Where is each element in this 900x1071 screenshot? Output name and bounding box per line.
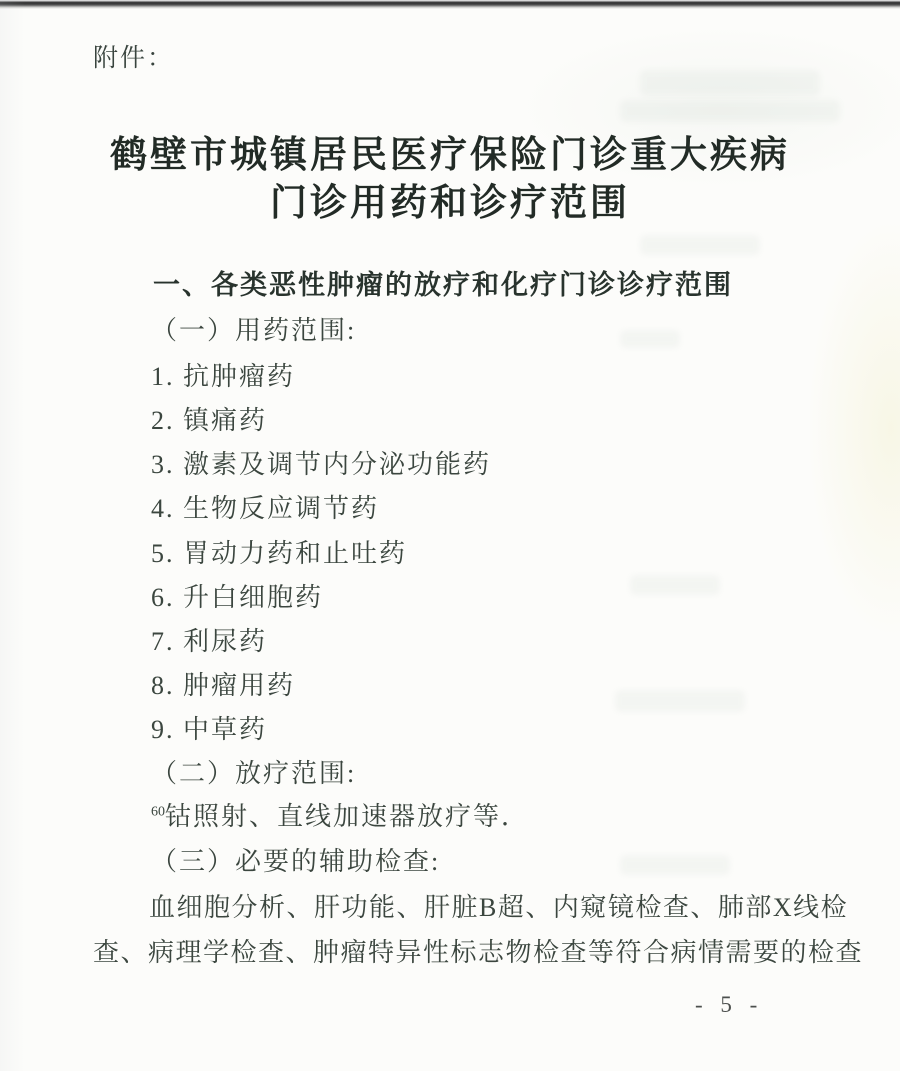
- subsection-1-heading: （一）用药范围:: [151, 314, 356, 348]
- subsection-3-body-line2: 查、病理学检查、肿瘤特异性标志物检查等符合病情需要的检查: [93, 936, 863, 970]
- drug-list-item: 7. 利尿药: [151, 625, 267, 659]
- drug-list-item: 8. 肿瘤用药: [151, 669, 295, 703]
- drug-list-item: 2. 镇痛药: [151, 404, 267, 438]
- section-heading: 一、各类恶性肿瘤的放疗和化疗门诊诊疗范围: [153, 268, 733, 302]
- drug-list-item: 5. 胃动力药和止吐药: [151, 537, 407, 571]
- drug-list-item: 6. 升白细胞药: [151, 581, 323, 615]
- drug-list-item: 1. 抗肿瘤药: [151, 360, 295, 394]
- bleed-through-artifact: [640, 70, 820, 96]
- drug-list-item: 4. 生物反应调节药: [151, 492, 379, 526]
- bleed-through-artifact: [620, 100, 840, 122]
- bleed-through-artifact: [640, 235, 760, 255]
- subsection-2-heading: （二）放疗范围:: [151, 757, 356, 791]
- scanned-document-page: 附件： 鹤壁市城镇居民医疗保险门诊重大疾病 门诊用药和诊疗范围 一、各类恶性肿瘤…: [0, 0, 900, 1071]
- scanner-edge-artifact: [0, 0, 900, 9]
- document-title-line2: 门诊用药和诊疗范围: [0, 172, 900, 226]
- attachment-label: 附件：: [93, 42, 174, 76]
- bleed-through-artifact: [630, 575, 720, 595]
- document-title-line1: 鹤壁市城镇居民医疗保险门诊重大疾病: [0, 124, 900, 178]
- bleed-through-artifact: [620, 855, 730, 875]
- bleed-through-artifact: [620, 330, 680, 348]
- subsection-3-body-line1: 血细胞分析、肝功能、肝脏B超、内窥镜检查、肺部X线检: [149, 891, 848, 925]
- subsection-2-body-text: 钴照射、直线加速器放疗等．: [165, 802, 529, 831]
- subsection-2-body: 60钴照射、直线加速器放疗等．: [151, 800, 529, 834]
- subsection-3-heading: （三）必要的辅助检查:: [151, 845, 440, 879]
- cobalt-60-superscript: 60: [151, 804, 165, 819]
- drug-list-item: 3. 激素及调节内分泌功能药: [151, 448, 491, 482]
- page-number: - 5 -: [695, 992, 763, 1018]
- bleed-through-artifact: [615, 690, 745, 712]
- drug-list-item: 9. 中草药: [151, 713, 267, 747]
